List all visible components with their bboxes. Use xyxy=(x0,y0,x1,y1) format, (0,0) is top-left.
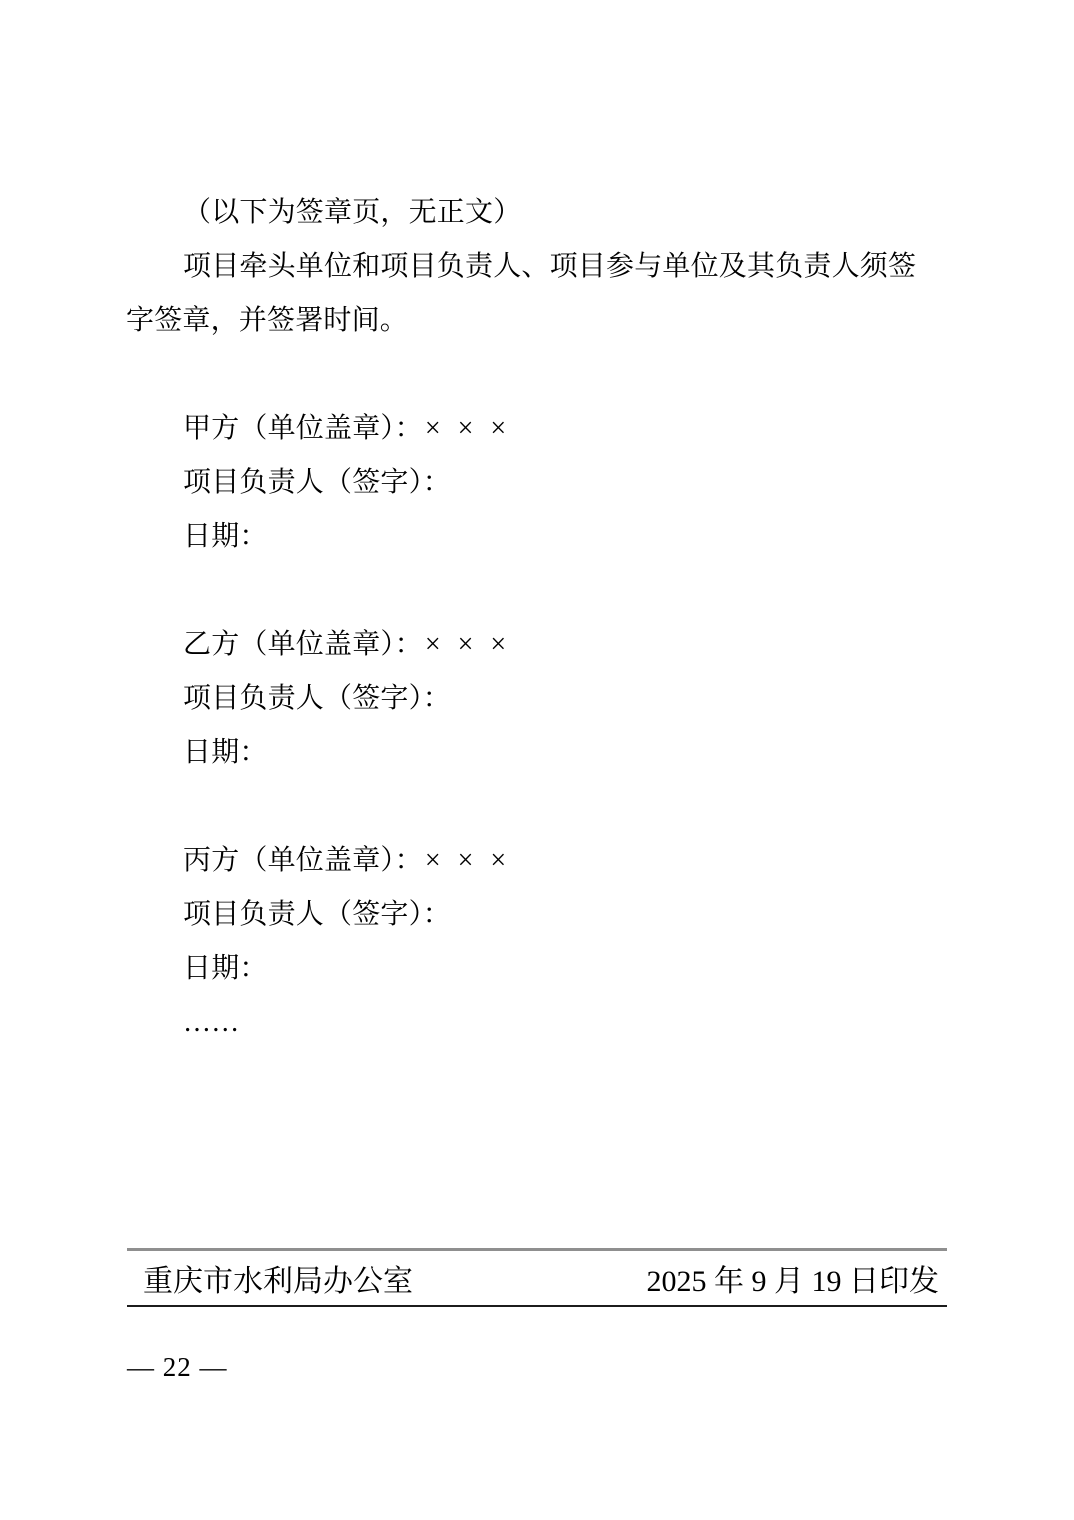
spacer xyxy=(126,780,946,834)
party-seal-value: ××× xyxy=(423,629,523,660)
document-body: （以下为签章页，无正文） 项目牵头单位和项目负责人、项目参与单位及其负责人须签 … xyxy=(126,186,946,1050)
date-line: 日期： xyxy=(126,726,946,780)
party-seal-value: ××× xyxy=(423,413,523,444)
party-seal-label: 甲方（单位盖章）： xyxy=(183,413,423,444)
spacer xyxy=(126,564,946,618)
date-line: 日期： xyxy=(126,942,946,996)
signature-block-party-c: 丙方（单位盖章）：××× 项目负责人（签字）： 日期： …… xyxy=(126,834,946,1050)
project-leader-sign-line: 项目负责人（签字）： xyxy=(126,456,946,510)
print-date: 2025 年 9 月 19 日印发 xyxy=(647,1256,940,1300)
page-number: — 22 — xyxy=(127,1351,228,1383)
document-page: （以下为签章页，无正文） 项目牵头单位和项目负责人、项目参与单位及其负责人须签 … xyxy=(0,0,1074,1520)
intro-paragraph-line-1: 项目牵头单位和项目负责人、项目参与单位及其负责人须签 xyxy=(126,240,946,294)
project-leader-sign-line: 项目负责人（签字）： xyxy=(126,888,946,942)
party-seal-line: 乙方（单位盖章）：××× xyxy=(126,618,946,672)
ellipsis-line: …… xyxy=(126,996,946,1050)
signature-block-party-a: 甲方（单位盖章）：××× 项目负责人（签字）： 日期： xyxy=(126,402,946,564)
party-seal-label: 乙方（单位盖章）： xyxy=(183,629,423,660)
project-leader-sign-line: 项目负责人（签字）： xyxy=(126,672,946,726)
signature-block-party-b: 乙方（单位盖章）：××× 项目负责人（签字）： 日期： xyxy=(126,618,946,780)
party-seal-value: ××× xyxy=(423,845,523,876)
party-seal-line: 丙方（单位盖章）：××× xyxy=(126,834,946,888)
party-seal-line: 甲方（单位盖章）：××× xyxy=(126,402,946,456)
issuing-office: 重庆市水利局办公室 xyxy=(143,1256,413,1300)
colophon: 重庆市水利局办公室 2025 年 9 月 19 日印发 xyxy=(127,1251,947,1305)
note-line: （以下为签章页，无正文） xyxy=(126,186,946,240)
intro-paragraph-line-2: 字签章，并签署时间。 xyxy=(126,294,946,348)
spacer xyxy=(126,348,946,402)
date-line: 日期： xyxy=(126,510,946,564)
party-seal-label: 丙方（单位盖章）： xyxy=(183,845,423,876)
colophon-bottom-rule xyxy=(127,1305,947,1307)
